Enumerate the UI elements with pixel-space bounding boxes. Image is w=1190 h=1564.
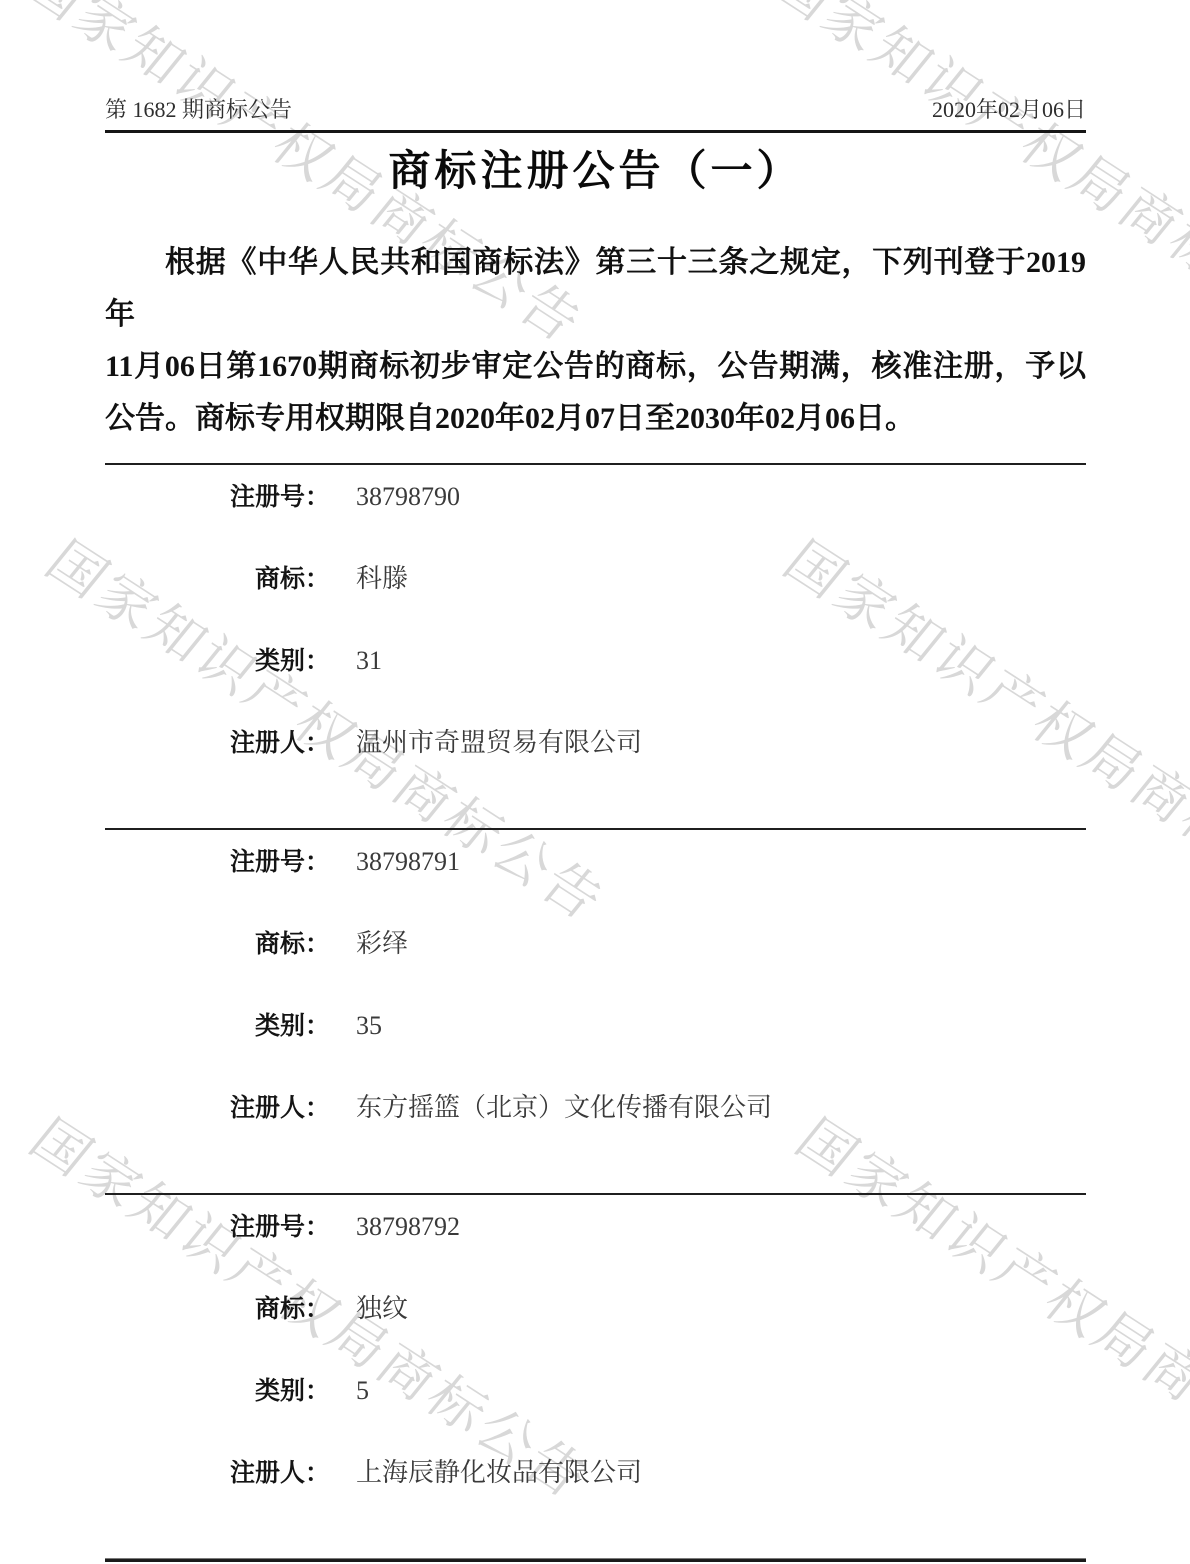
trademark-record: 注册号： 38798790 商标： 科滕 类别： 31 注册人： 温州市奇盟贸易…	[105, 463, 1086, 828]
intro-paragraph: 根据《中华人民共和国商标法》第三十三条之规定，下列刊登于2019年 11月06日…	[105, 237, 1086, 445]
field-label: 商标：	[105, 930, 330, 960]
page-header: 第 1682 期商标公告 2020年02月06日	[105, 0, 1086, 123]
registrant-name: 上海辰静化妆品有限公司	[356, 1458, 642, 1488]
field-label: 类别：	[105, 1377, 330, 1407]
class-row: 类别： 35	[105, 1011, 1086, 1045]
field-label: 注册号：	[105, 483, 330, 513]
registration-number: 38798791	[356, 847, 460, 877]
field-label: 注册人：	[105, 1459, 330, 1489]
field-label: 注册号：	[105, 848, 330, 878]
field-label: 商标：	[105, 565, 330, 595]
registration-number-row: 注册号： 38798790	[105, 482, 1086, 516]
class-row: 类别： 5	[105, 1376, 1086, 1410]
page-content: 第 1682 期商标公告 2020年02月06日 商标注册公告（一） 根据《中华…	[105, 0, 1086, 1562]
registrant-name: 东方摇篮（北京）文化传播有限公司	[356, 1093, 772, 1123]
registrant-row: 注册人： 东方摇篮（北京）文化传播有限公司	[105, 1093, 1086, 1127]
field-label: 商标：	[105, 1295, 330, 1325]
class-number: 35	[356, 1011, 382, 1041]
intro-line: 公告。商标专用权期限自2020年02月07日至2030年02月06日。	[105, 393, 1086, 445]
field-label: 注册人：	[105, 729, 330, 759]
registrant-row: 注册人： 上海辰静化妆品有限公司	[105, 1458, 1086, 1492]
class-number: 5	[356, 1376, 369, 1406]
trademark-name: 科滕	[356, 564, 408, 594]
record-list: 注册号： 38798790 商标： 科滕 类别： 31 注册人： 温州市奇盟贸易…	[105, 463, 1086, 1562]
registrant-row: 注册人： 温州市奇盟贸易有限公司	[105, 728, 1086, 762]
registration-number-row: 注册号： 38798792	[105, 1212, 1086, 1246]
page-title: 商标注册公告（一）	[105, 149, 1086, 195]
trademark-record: 注册号： 38798792 商标： 独纹 类别： 5 注册人： 上海辰静化妆品有…	[105, 1193, 1086, 1558]
class-row: 类别： 31	[105, 646, 1086, 680]
field-label: 注册人：	[105, 1094, 330, 1124]
intro-line: 根据《中华人民共和国商标法》第三十三条之规定，下列刊登于2019年	[105, 237, 1086, 341]
trademark-name: 彩绎	[356, 929, 408, 959]
header-divider	[105, 130, 1086, 133]
trademark-name-row: 商标： 独纹	[105, 1294, 1086, 1328]
issue-number: 第 1682 期商标公告	[105, 96, 292, 123]
gazette-page: 国家知识产权局商标公告 国家知识产权局商标公告 国家知识产权局商标公告 国家知识…	[0, 0, 1190, 1564]
field-label: 类别：	[105, 647, 330, 677]
field-label: 类别：	[105, 1012, 330, 1042]
trademark-name-row: 商标： 科滕	[105, 564, 1086, 598]
intro-line: 11月06日第1670期商标初步审定公告的商标，公告期满，核准注册，予以	[105, 341, 1086, 393]
publication-date: 2020年02月06日	[932, 96, 1086, 123]
field-label: 注册号：	[105, 1213, 330, 1243]
trademark-record: 注册号： 38798791 商标： 彩绎 类别： 35 注册人： 东方摇篮（北京…	[105, 828, 1086, 1193]
bottom-divider	[105, 1558, 1086, 1562]
trademark-name-row: 商标： 彩绎	[105, 929, 1086, 963]
registrant-name: 温州市奇盟贸易有限公司	[356, 728, 642, 758]
class-number: 31	[356, 646, 382, 676]
registration-number: 38798792	[356, 1212, 460, 1242]
registration-number-row: 注册号： 38798791	[105, 847, 1086, 881]
trademark-name: 独纹	[356, 1294, 408, 1324]
registration-number: 38798790	[356, 482, 460, 512]
